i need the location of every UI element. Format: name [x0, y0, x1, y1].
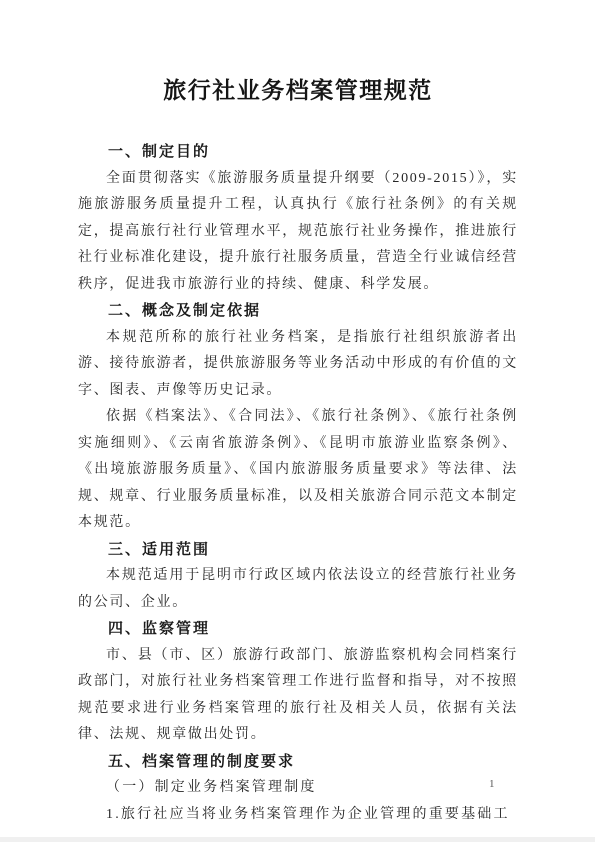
section-heading-2: 二、概念及制定依据: [78, 298, 518, 325]
paragraph: 本规范适用于昆明市行政区域内依法设立的经营旅行社业务的公司、企业。: [78, 563, 518, 616]
section-heading-4: 四、监察管理: [78, 616, 518, 643]
page-number: 1: [489, 778, 495, 790]
section-system-requirements: 五、档案管理的制度要求 （一）制定业务档案管理制度 1.旅行社应当将业务档案管理…: [78, 749, 518, 829]
section-heading-5: 五、档案管理的制度要求: [78, 749, 518, 776]
section-purpose: 一、制定目的 全面贯彻落实《旅游服务质量提升纲要（2009-2015）》，实施旅…: [78, 139, 518, 298]
section-concept-basis: 二、概念及制定依据 本规范所称的旅行社业务档案，是指旅行社组织旅游者出游、接待旅…: [78, 298, 518, 537]
paragraph: 全面贯彻落实《旅游服务质量提升纲要（2009-2015）》，实施旅游服务质量提升…: [78, 166, 518, 299]
section-scope: 三、适用范围 本规范适用于昆明市行政区域内依法设立的经营旅行社业务的公司、企业。: [78, 537, 518, 617]
paragraph: 市、县（市、区）旅游行政部门、旅游监察机构会同档案行政部门，对旅行社业务档案管理…: [78, 643, 518, 749]
paragraph: 依据《档案法》、《合同法》、《旅行社条例》、《旅行社条例实施细则》、《云南省旅游…: [78, 404, 518, 537]
paragraph: 本规范所称的旅行社业务档案，是指旅行社组织旅游者出游、接待旅游者，提供旅游服务等…: [78, 325, 518, 405]
sub-heading: （一）制定业务档案管理制度: [78, 775, 518, 802]
section-heading-3: 三、适用范围: [78, 537, 518, 564]
document-page: 旅行社业务档案管理规范 一、制定目的 全面贯彻落实《旅游服务质量提升纲要（200…: [0, 0, 595, 842]
document-content: 旅行社业务档案管理规范 一、制定目的 全面贯彻落实《旅游服务质量提升纲要（200…: [78, 60, 518, 828]
section-heading-1: 一、制定目的: [78, 139, 518, 166]
document-title: 旅行社业务档案管理规范: [78, 72, 518, 105]
section-supervision: 四、监察管理 市、县（市、区）旅游行政部门、旅游监察机构会同档案行政部门，对旅行…: [78, 616, 518, 749]
paragraph: 1.旅行社应当将业务档案管理作为企业管理的重要基础工: [78, 802, 518, 829]
page-bottom-edge: [0, 837, 595, 842]
